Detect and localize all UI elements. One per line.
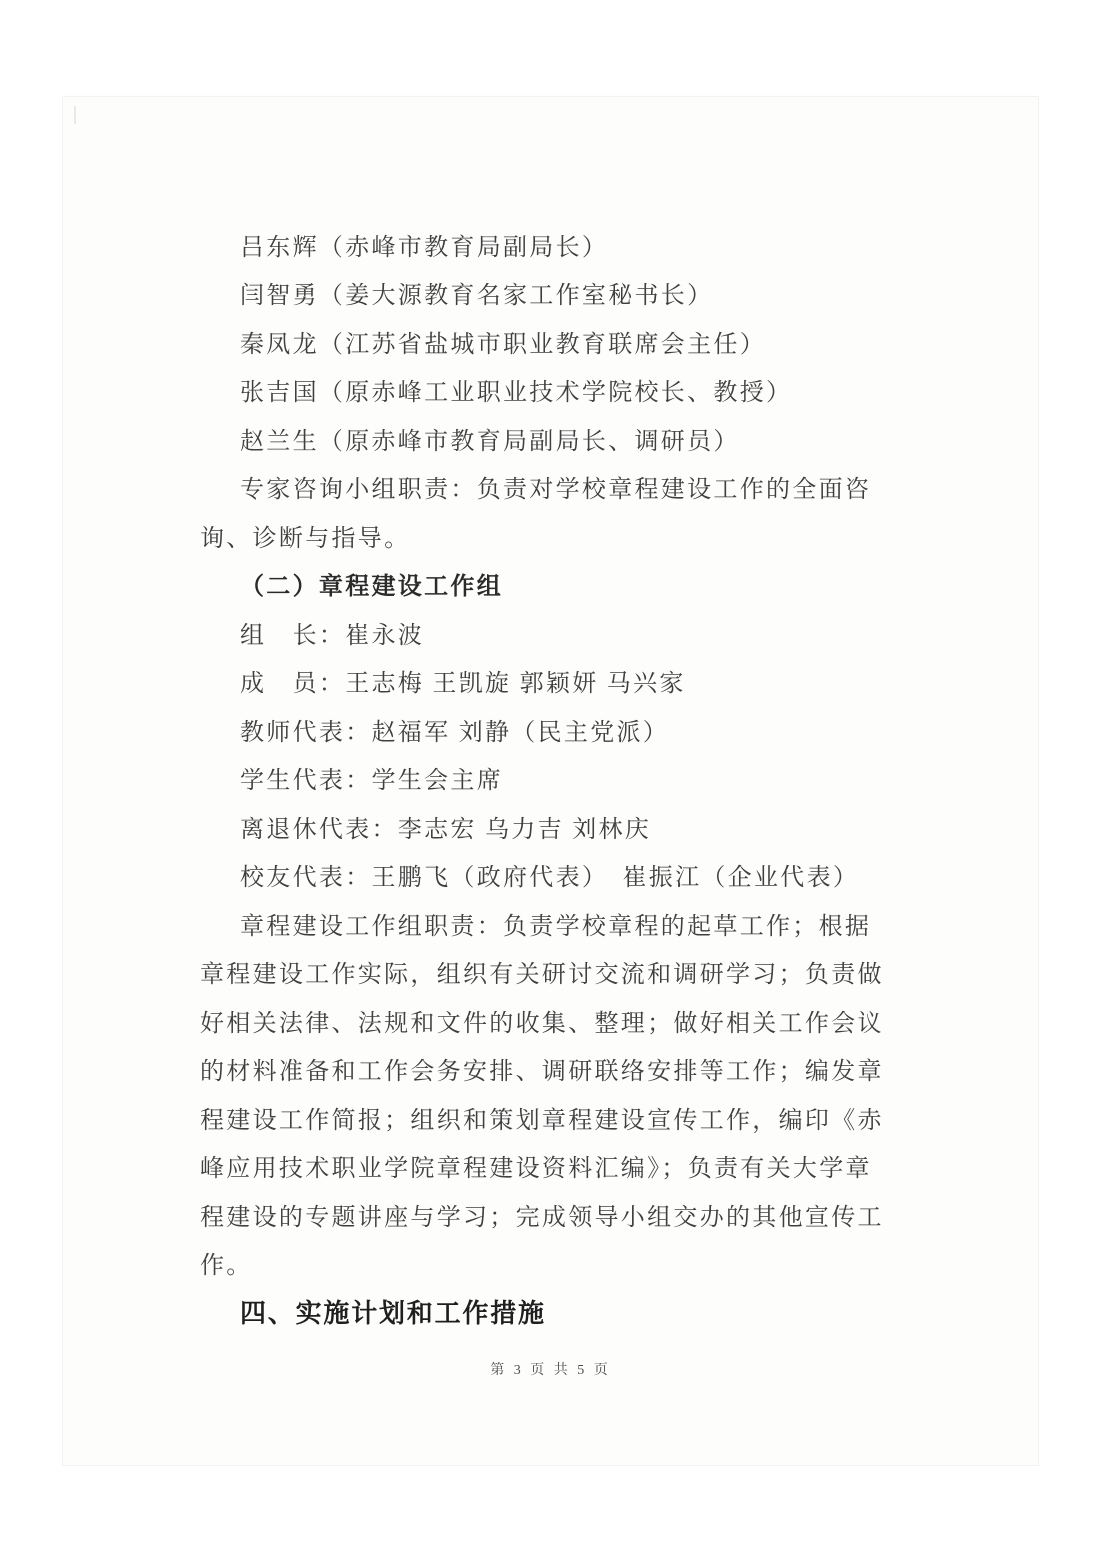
text-line: 离退休代表：李志宏 乌力吉 刘林庆 [200, 802, 930, 851]
text-line: 询、诊断与指导。 [200, 511, 930, 560]
text-line: 程建设的专题讲座与学习；完成领导小组交办的其他宣传工 [200, 1190, 930, 1239]
text-line: 张吉国（原赤峰工业职业技术学院校长、教授） [200, 366, 930, 415]
text-line: 组 长：崔永波 [200, 608, 930, 657]
text-line: 闫智勇（姜大源教育名家工作室秘书长） [200, 269, 930, 318]
text-line: 峰应用技术职业学院章程建设资料汇编》；负责有关大学章 [200, 1142, 930, 1191]
document-text-block: 吕东辉（赤峰市教育局副局长）闫智勇（姜大源教育名家工作室秘书长）秦凤龙（江苏省盐… [200, 220, 930, 1336]
section-heading: 四、实施计划和工作措施 [200, 1287, 930, 1336]
text-line: 秦凤龙（江苏省盐城市职业教育联席会主任） [200, 317, 930, 366]
text-line: 赵兰生（原赤峰市教育局副局长、调研员） [200, 414, 930, 463]
text-line: 章程建设工作组职责：负责学校章程的起草工作；根据 [200, 899, 930, 948]
text-line: 吕东辉（赤峰市教育局副局长） [200, 220, 930, 269]
text-line: 章程建设工作实际，组织有关研讨交流和调研学习；负责做 [200, 948, 930, 997]
scan-artifact [74, 106, 76, 124]
text-line: 作。 [200, 1239, 930, 1288]
text-line: 学生代表：学生会主席 [200, 754, 930, 803]
subsection-heading: （二）章程建设工作组 [200, 560, 930, 609]
text-line: 专家咨询小组职责：负责对学校章程建设工作的全面咨 [200, 463, 930, 512]
page-number-label: 第 3 页 共 5 页 [490, 1363, 611, 1378]
page-footer: 第 3 页 共 5 页 [63, 1359, 1038, 1379]
text-line: 的材料准备和工作会务安排、调研联络安排等工作；编发章 [200, 1045, 930, 1094]
text-line: 教师代表：赵福军 刘静（民主党派） [200, 705, 930, 754]
text-line: 校友代表：王鹏飞（政府代表） 崔振江（企业代表） [200, 851, 930, 900]
document-page: 吕东辉（赤峰市教育局副局长）闫智勇（姜大源教育名家工作室秘书长）秦凤龙（江苏省盐… [62, 96, 1039, 1466]
text-line: 成 员：王志梅 王凯旋 郭颖妍 马兴家 [200, 657, 930, 706]
scanned-document-canvas: 吕东辉（赤峰市教育局副局长）闫智勇（姜大源教育名家工作室秘书长）秦凤龙（江苏省盐… [0, 0, 1103, 1559]
text-line: 程建设工作简报；组织和策划章程建设宣传工作，编印《赤 [200, 1093, 930, 1142]
text-line: 好相关法律、法规和文件的收集、整理；做好相关工作会议 [200, 996, 930, 1045]
